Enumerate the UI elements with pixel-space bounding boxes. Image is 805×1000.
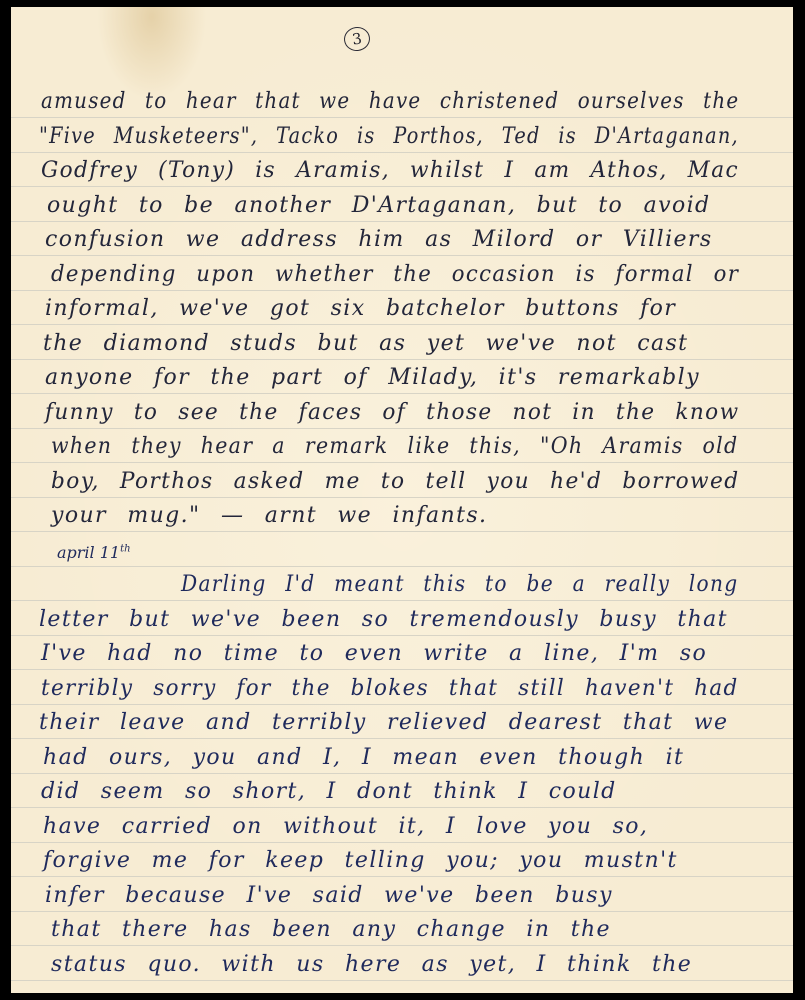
text-line: your mug." — arnt we infants. xyxy=(51,503,487,528)
date-suffix: th xyxy=(120,544,130,555)
rule-line xyxy=(11,255,793,256)
rule-line xyxy=(11,359,793,360)
rule-line xyxy=(11,462,793,463)
rule-line xyxy=(11,117,793,118)
text-line: Godfrey (Tony) is Aramis, whilst I am At… xyxy=(41,158,739,183)
rule-line xyxy=(11,911,793,912)
text-line: confusion we address him as Milord or Vi… xyxy=(45,227,713,252)
text-line: anyone for the part of Milady, it's rema… xyxy=(45,365,700,390)
rule-line xyxy=(11,600,793,601)
rule-line xyxy=(11,290,793,291)
letter-date: april 11th xyxy=(57,543,131,562)
text-line: letter but we've been so tremendously bu… xyxy=(39,607,728,632)
text-line: "Five Musketeers", Tacko is Porthos, Ted… xyxy=(39,124,739,149)
letter-page: 3 amused to hear that we have christened… xyxy=(11,7,793,993)
text-line: that there has been any change in the xyxy=(51,917,611,942)
text-line: their leave and terribly relieved deares… xyxy=(39,710,728,735)
date-text: april 11 xyxy=(57,543,120,562)
rule-line xyxy=(11,980,793,981)
rule-line xyxy=(11,876,793,877)
text-line: depending upon whether the occasion is f… xyxy=(51,262,739,287)
rule-line xyxy=(11,531,793,532)
text-line: terribly sorry for the blokes that still… xyxy=(41,676,739,701)
rule-line xyxy=(11,807,793,808)
rule-line xyxy=(11,152,793,153)
text-line: infer because I've said we've been busy xyxy=(45,883,613,908)
rule-line xyxy=(11,842,793,843)
rule-line xyxy=(11,428,793,429)
text-line: Darling I'd meant this to be a really lo… xyxy=(181,572,738,597)
rule-line xyxy=(11,945,793,946)
text-line: amused to hear that we have christened o… xyxy=(41,89,739,114)
rule-line xyxy=(11,669,793,670)
text-line: ought to be another D'Artaganan, but to … xyxy=(47,193,711,218)
rule-line xyxy=(11,566,793,567)
rule-line xyxy=(11,773,793,774)
rule-line xyxy=(11,186,793,187)
text-line: I've had no time to even write a line, I… xyxy=(41,641,707,666)
text-line: funny to see the faces of those not in t… xyxy=(45,400,739,425)
rule-line xyxy=(11,221,793,222)
rule-line xyxy=(11,704,793,705)
text-line: when they hear a remark like this, "Oh A… xyxy=(51,434,738,459)
text-line: status quo. with us here as yet, I think… xyxy=(51,952,692,977)
text-line: the diamond studs but as yet we've not c… xyxy=(43,331,688,356)
rule-line xyxy=(11,497,793,498)
text-line: have carried on without it, I love you s… xyxy=(43,814,648,839)
text-line: informal, we've got six batchelor button… xyxy=(45,296,676,321)
rule-line xyxy=(11,324,793,325)
text-line: did seem so short, I dont think I could xyxy=(41,779,617,804)
text-line: had ours, you and I, I mean even though … xyxy=(43,745,684,770)
text-line: forgive me for keep telling you; you mus… xyxy=(43,848,678,873)
text-line: boy, Porthos asked me to tell you he'd b… xyxy=(51,469,739,494)
rule-line xyxy=(11,635,793,636)
page-number: 3 xyxy=(342,25,371,52)
rule-line xyxy=(11,393,793,394)
rule-line xyxy=(11,738,793,739)
